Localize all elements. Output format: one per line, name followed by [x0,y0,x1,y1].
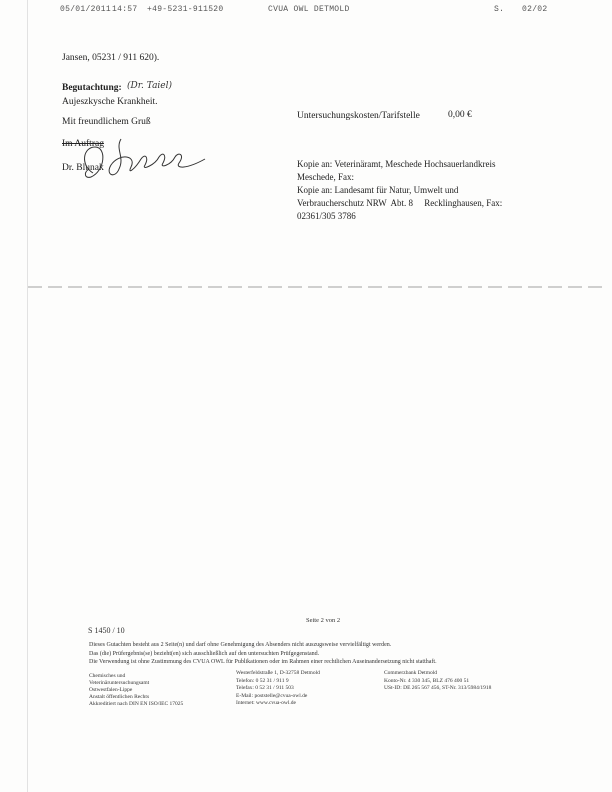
contact-fax: Telefax: 0 52 31 / 911 503 [236,685,320,693]
fax-time: 14:57 [112,5,138,14]
copy-recipient: Kopie an: Landesamt für Natur, Umwelt un… [297,184,502,223]
copy-line: Meschede, Fax: [297,171,502,184]
page-label: Seite 2 von 2 [306,617,340,624]
copies-list: Kopie an: Veterinäramt, Meschede Hochsau… [297,158,502,223]
fax-sender: CVUA OWL DETMOLD [268,5,350,14]
contact-email: E-Mail: poststelle@cvua-owl.de [236,693,320,701]
notice-line: Die Verwendung ist ohne Zustimmung des C… [89,658,437,667]
assessment-text: Aujeszkysche Krankheit. [62,97,158,107]
reference-number: S 1450 / 10 [88,626,125,635]
fax-date: 05/01/2011 [60,5,111,14]
copy-line: Verbraucherschutz NRW Abt. 8 Recklinghau… [297,197,502,210]
notice-line: Dieses Gutachten besteht aus 2 Seite(n) … [89,641,437,650]
contact-address: Westerfeldstraße 1, D-32758 Detmold [236,670,320,678]
notice-block: Dieses Gutachten besteht aus 2 Seite(n) … [89,641,437,667]
copy-line: Kopie an: Veterinäramt, Meschede Hochsau… [297,158,502,171]
copy-line: 02361/305 3786 [297,210,502,223]
institution-block: Chemisches und Veterinäruntersuchungsamt… [89,673,183,708]
tax-id: USt-ID: DE 265 567 456, ST-Nr. 313/5984/… [384,685,491,693]
scan-fold-line [28,286,606,288]
institution-line: Veterinäruntersuchungsamt [89,680,183,687]
copy-line: Kopie an: Landesamt für Natur, Umwelt un… [297,184,502,197]
assessment-label: Begutachtung: [62,83,122,93]
fax-phone: +49-5231-911520 [147,5,224,14]
scan-edge [27,0,28,792]
institution-line: Ostwestfalen-Lippe [89,687,183,694]
fax-page-count: 02/02 [522,5,548,14]
institution-line: Anstalt öffentlichen Rechts [89,694,183,701]
fax-page-marker: S. [494,5,504,14]
copy-recipient: Kopie an: Veterinäramt, Meschede Hochsau… [297,158,502,184]
contact-website: Internet: www.cvua-owl.de [236,700,320,708]
bank-account: Konto-Nr. 4 330 345, BLZ 476 400 51 [384,678,491,686]
contact-block: Westerfeldstraße 1, D-32758 Detmold Tele… [236,670,320,708]
signature [75,135,215,183]
costs-label: Untersuchungskosten/Tarifstelle [297,111,420,121]
assessment-handwritten-note: (Dr. Taiel) [127,81,172,91]
bank-name: Commerzbank Detmold [384,670,491,678]
bank-block: Commerzbank Detmold Konto-Nr. 4 330 345,… [384,670,491,693]
institution-line: Chemisches und [89,673,183,680]
contact-line: Jansen, 05231 / 911 620). [62,53,159,63]
costs-value: 0,00 € [448,110,472,120]
contact-phone: Telefon: 0 52 31 / 911 9 [236,678,320,686]
notice-line: Das (die) Prüfergebnis(se) bezieht(en) s… [89,650,437,659]
institution-line: Akkreditiert nach DIN EN ISO/IEC 17025 [89,701,183,708]
closing-greeting: Mit freundlichem Gruß [62,117,151,127]
